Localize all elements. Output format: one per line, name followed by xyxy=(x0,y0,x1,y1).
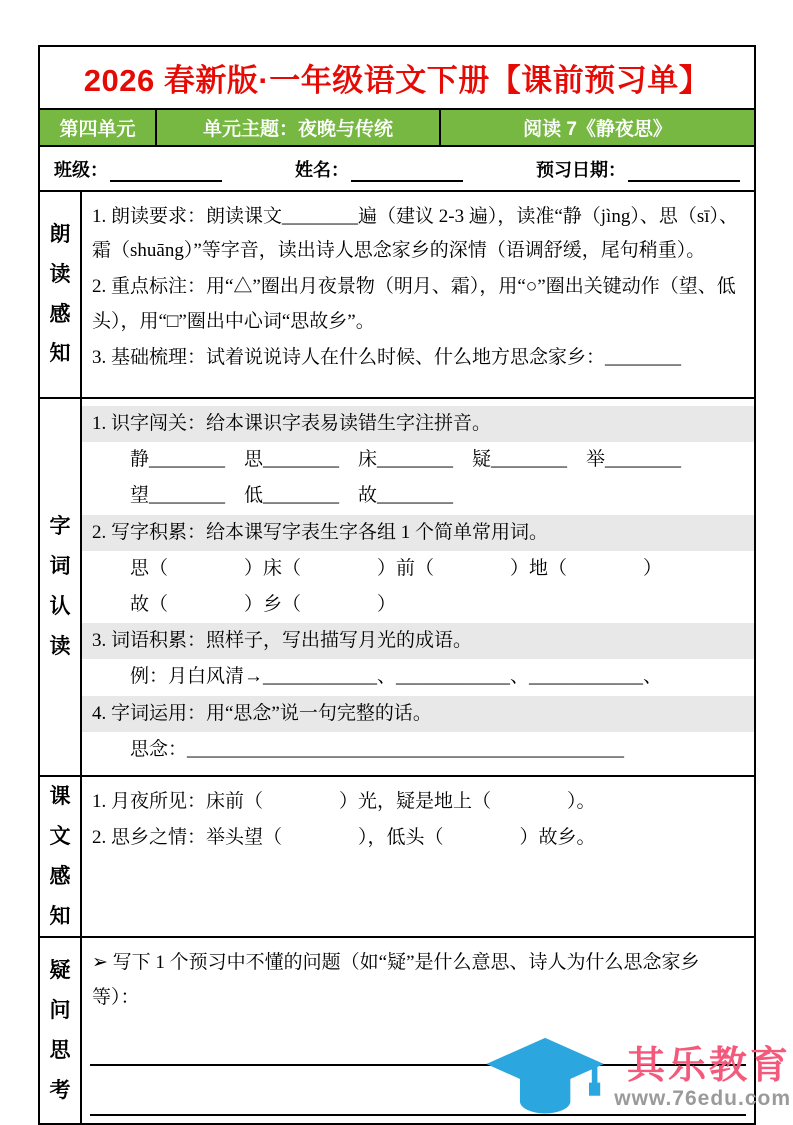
fill-blank-line: 故（ ）乡（ ） xyxy=(82,587,754,623)
section-read-aloud: 朗读感知 1. 朗读要求：朗读课文________遍（建议 2-3 遍），读准“… xyxy=(40,192,754,399)
fill-blank-line: 静________ 思________ 床________ 疑________ … xyxy=(82,442,754,478)
fill-blank-line: 望________ 低________ 故________ xyxy=(82,478,754,514)
item-text: 1. 月夜所见：床前（ ）光，疑是地上（ ）。 xyxy=(82,784,754,820)
date-blank xyxy=(628,160,740,182)
section-word-recognition: 字词认读 1. 识字闯关：给本课识字表易读错生字注拼音。 静________ 思… xyxy=(40,399,754,777)
page-title: 2026 春新版·一年级语文下册【课前预习单】 xyxy=(40,47,754,110)
graduation-cap-icon xyxy=(484,1036,610,1120)
watermark: 其乐教育 www.76edu.com xyxy=(484,1036,791,1120)
item-text: 1. 朗读要求：朗读课文________遍（建议 2-3 遍），读准“静（jìn… xyxy=(82,199,754,269)
section-content: 1. 朗读要求：朗读课文________遍（建议 2-3 遍），读准“静（jìn… xyxy=(82,192,754,397)
item-text: 2. 思乡之情：举头望（ ），低头（ ）故乡。 xyxy=(82,820,754,856)
unit-bar: 第四单元 单元主题：夜晚与传统 阅读 7《静夜思》 xyxy=(40,110,754,147)
item-text: 2. 写字积累：给本课写字表生字各组 1 个简单常用词。 xyxy=(82,515,754,551)
date-label: 预习日期： xyxy=(536,156,626,182)
section-label: 课文感知 xyxy=(40,777,82,937)
brand-name: 其乐教育 xyxy=(627,1046,791,1088)
student-info-row: 班级： 姓名： 预习日期： xyxy=(40,147,754,192)
brand-url: www.76edu.com xyxy=(614,1087,791,1110)
section-text-comprehension: 课文感知 1. 月夜所见：床前（ ）光，疑是地上（ ）。 2. 思乡之情：举头望… xyxy=(40,777,754,939)
name-label: 姓名： xyxy=(295,156,349,182)
item-text: 4. 字词运用：用“思念”说一句完整的话。 xyxy=(82,696,754,732)
lesson-title: 阅读 7《静夜思》 xyxy=(441,110,754,145)
unit-theme: 单元主题：夜晚与传统 xyxy=(157,110,441,145)
fill-blank-line: 例：月白风清→____________、____________、_______… xyxy=(82,659,754,695)
unit-number: 第四单元 xyxy=(40,110,157,145)
section-label: 朗读感知 xyxy=(40,192,82,397)
fill-blank-line: 思念：_____________________________________… xyxy=(82,732,754,768)
item-text: 1. 识字闯关：给本课识字表易读错生字注拼音。 xyxy=(82,406,754,442)
watermark-text: 其乐教育 www.76edu.com xyxy=(614,1046,791,1111)
worksheet: 2026 春新版·一年级语文下册【课前预习单】 第四单元 单元主题：夜晚与传统 … xyxy=(38,45,756,1125)
item-text: 3. 词语积累：照样子，写出描写月光的成语。 xyxy=(82,623,754,659)
class-blank xyxy=(110,160,222,182)
fill-blank-line: 思（ ）床（ ）前（ ）地（ ） xyxy=(82,551,754,587)
item-text: 2. 重点标注：用“△”圈出月夜景物（明月、霜），用“○”圈出关键动作（望、低头… xyxy=(82,269,754,339)
section-content: 1. 月夜所见：床前（ ）光，疑是地上（ ）。 2. 思乡之情：举头望（ ），低… xyxy=(82,777,754,937)
section-label: 字词认读 xyxy=(40,399,82,775)
class-field: 班级： xyxy=(54,156,222,182)
name-blank xyxy=(351,160,463,182)
item-text: ➢ 写下 1 个预习中不懂的问题（如“疑”是什么意思、诗人为什么思念家乡等）： xyxy=(82,945,754,1015)
name-field: 姓名： xyxy=(295,156,463,182)
item-text: 3. 基础梳理：试着说说诗人在什么时候、什么地方思念家乡：________ xyxy=(82,340,754,376)
date-field: 预习日期： xyxy=(536,156,740,182)
class-label: 班级： xyxy=(54,156,108,182)
section-label: 疑问思考 xyxy=(40,938,82,1122)
section-content: 1. 识字闯关：给本课识字表易读错生字注拼音。 静________ 思_____… xyxy=(82,399,754,775)
